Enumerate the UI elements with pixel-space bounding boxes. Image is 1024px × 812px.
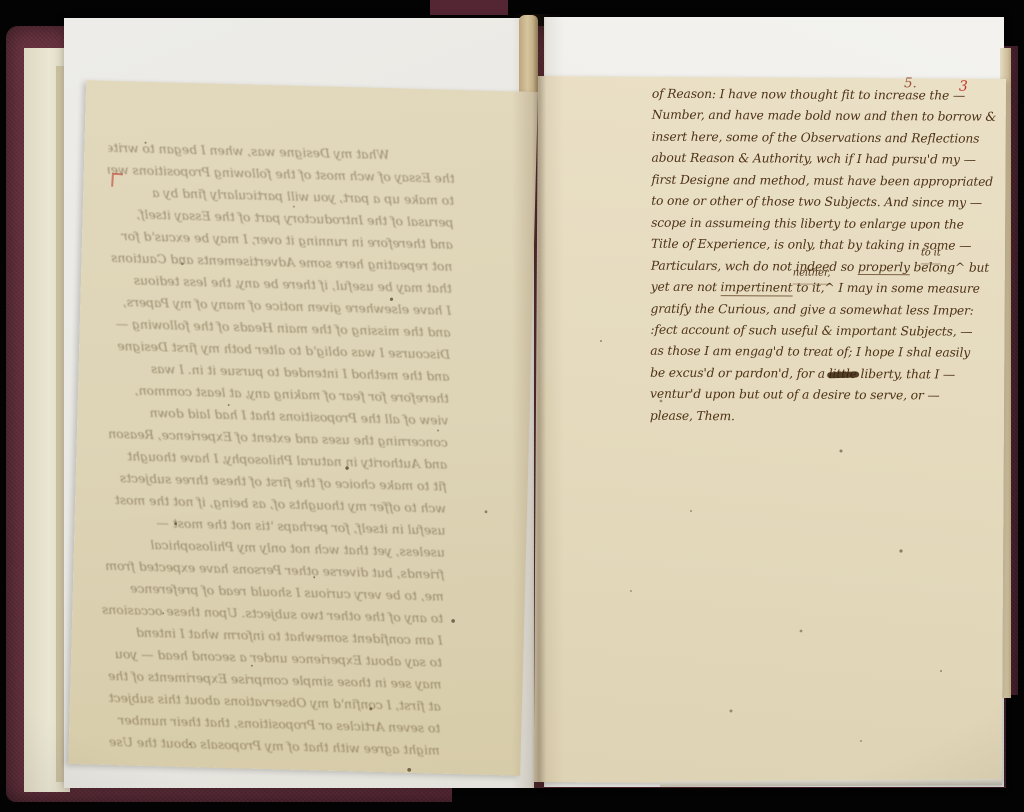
- bleedthrough-text-block: What my Designe was, when I began to wri…: [93, 137, 456, 762]
- manuscript-line: to one or other of those two Subjects. A…: [651, 191, 1003, 215]
- red-bleedthrough-mark: [111, 173, 123, 188]
- photo-background: What my Designe was, when I began to wri…: [0, 0, 1024, 812]
- manuscript-line: Title of Experience, is only, that by ta…: [651, 234, 1003, 258]
- foxing-spots-left: [145, 142, 147, 144]
- shadow-bottom-right: [452, 788, 1024, 812]
- manuscript-line: of Reason: I have now thought fit to inc…: [652, 84, 1004, 108]
- manuscript-line: :fect account of such useful & important…: [650, 320, 1002, 344]
- manuscript-line: as those I am engag'd to treat of; I hop…: [650, 341, 1002, 365]
- foxing-spots-right: [600, 340, 602, 342]
- manuscript-line: gratify the Curious, and give a somewhat…: [651, 298, 1003, 322]
- manuscript-line: Number, and have made bold now and then …: [652, 105, 1004, 129]
- cover-spine-top-patch: [430, 0, 508, 15]
- interlinear-insertion-neither: neither,: [793, 263, 831, 286]
- manuscript-line: about Reason & Authority, wch if I had p…: [651, 148, 1003, 172]
- interlinear-insertion-to-it: to it: [921, 242, 941, 265]
- manuscript-line: first Designe and method, must have been…: [651, 170, 1003, 194]
- manuscript-line: scope in assumeing this liberty to enlar…: [651, 212, 1003, 236]
- manuscript-leaf-left: What my Designe was, when I began to wri…: [68, 80, 538, 776]
- gutter-shadow: [512, 14, 564, 788]
- manuscript-line: be excus'd or pardon'd, for a little lib…: [650, 363, 1002, 387]
- manuscript-line: please, Them.: [650, 405, 1002, 429]
- manuscript-line: ventur'd upon but out of a desire to ser…: [650, 384, 1002, 408]
- manuscript-leaf-right: 5. 3 to it neither, of Reason: I have no…: [534, 76, 1006, 785]
- shadow-right-edge: [1006, 695, 1024, 812]
- manuscript-text-block: to it neither, of Reason: I have now tho…: [650, 84, 1004, 429]
- manuscript-line: insert here, some of the Observations an…: [652, 127, 1004, 151]
